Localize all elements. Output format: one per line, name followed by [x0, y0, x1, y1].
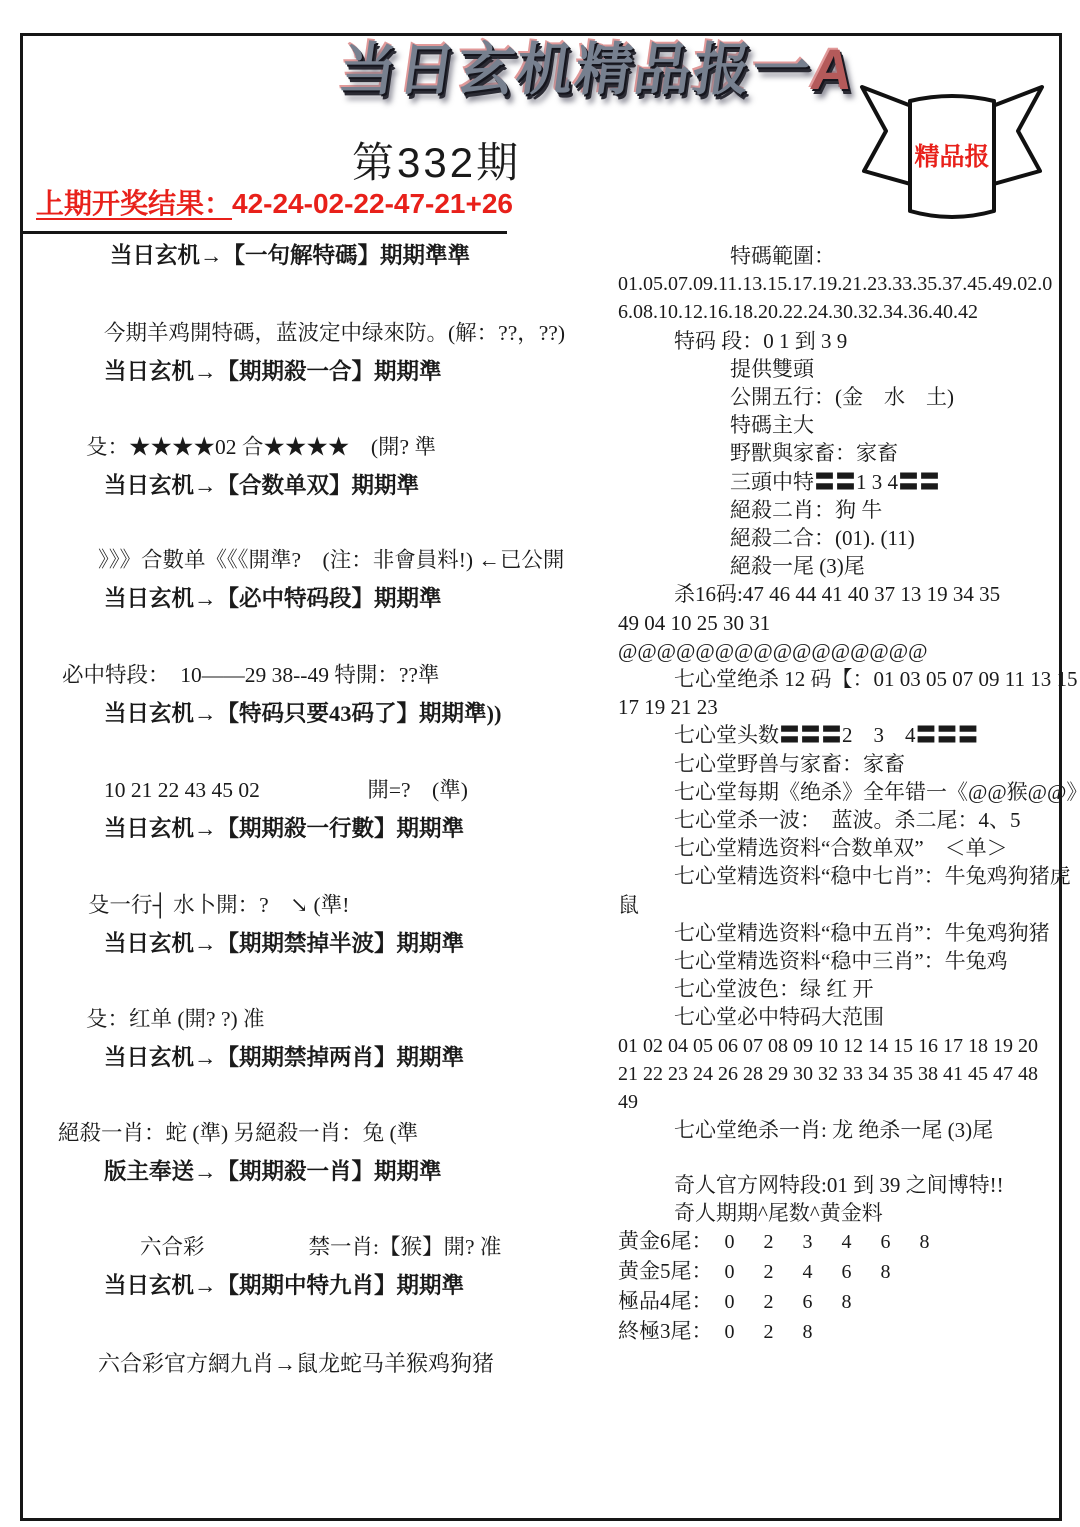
info-line: 01 02 04 05 06 07 08 09 10 12 14 15 16 1… [618, 1032, 1064, 1060]
tail-label: 極品4尾： [618, 1289, 713, 1313]
slogan-line: 当日玄机→【一句解特碼】期期準準 [52, 238, 572, 270]
info-line: 公開五行：(金 水 土) [618, 383, 1064, 411]
info-line: 6.08.10.12.16.18.20.22.24.30.32.34.36.40… [618, 298, 1064, 326]
slogan-line: 当日玄机→【合数单双】期期準 [52, 468, 572, 500]
tail-label: 黄金6尾： [618, 1229, 713, 1253]
slogan-line: 当日玄机→【特码只要43码了】期期準)) [52, 696, 572, 728]
info-line: 七心堂每期《绝杀》全年错一《@@猴@@》 [618, 778, 1064, 806]
left-section: 殳：★★★★02 合★★★★ (開? 準当日玄机→【合数单双】期期準 [52, 430, 572, 500]
left-section: 必中特段： 10——29 38--49 特開：??準当日玄机→【特码只要43码了… [52, 658, 572, 728]
header-divider [20, 231, 507, 234]
slogan-line: 版主奉送→【期期殺一肖】期期準 [52, 1154, 572, 1186]
tail-label: 黄金5尾： [618, 1259, 713, 1283]
info-line: 奇人期期^尾数^黄金料 [618, 1199, 1064, 1227]
tip-line: 殳一行┤ 水卜開：? ↘ (準! [52, 888, 572, 919]
tip-line: 10 21 22 43 45 02 開=? (準) [52, 773, 572, 804]
tip-line: 殳：红单 (開? ?) 准 [52, 1002, 572, 1033]
tip-line: 絕殺一肖：蛇 (準) 另絕殺一肖：兔 (準 [52, 1116, 572, 1147]
info-line: 七心堂野兽与家畜：家畜 [618, 750, 1064, 778]
info-line: 17 19 21 23 [618, 693, 1064, 721]
previous-result-numbers: 42-24-02-22-47-21+26 [232, 188, 513, 219]
tip-line: 必中特段： 10——29 38--49 特開：??準 [52, 658, 572, 689]
info-line: 七心堂头数〓〓〓2 3 4〓〓〓 [618, 721, 1064, 749]
left-section: 六合彩官方網九肖→鼠龙蛇马羊猴鸡狗猪 [52, 1347, 572, 1378]
tip-line: 六合彩官方網九肖→鼠龙蛇马羊猴鸡狗猪 [52, 1347, 572, 1378]
tip-part: 禁一肖:【猴】開? 准 [309, 1235, 502, 1259]
tip-line: 殳：★★★★02 合★★★★ (開? 準 [52, 430, 572, 461]
right-column: 特碼範圍：01.05.07.09.11.13.15.17.19.21.23.33… [618, 242, 1064, 1347]
previous-result-line: 上期开奖结果：42-24-02-22-47-21+26 [36, 182, 513, 222]
tail-row: 終極3尾：0 2 8 [618, 1317, 1064, 1347]
tip-line: 》》》合數单《《《開準? (注：非會員料!) ←已公開 [52, 543, 572, 574]
tail-digits: 0 2 4 6 8 [725, 1261, 891, 1283]
left-section: 殳：红单 (開? ?) 准当日玄机→【期期禁掉两肖】期期準 [52, 1002, 572, 1072]
info-line: 49 04 10 25 30 31 [618, 609, 1064, 637]
previous-result-label: 上期开奖结果： [36, 188, 232, 219]
info-line: 七心堂绝杀一肖: 龙 绝杀一尾 (3)尾 [618, 1116, 1064, 1144]
info-line: 七心堂绝杀 12 码【：01 03 05 07 09 11 13 15 [618, 665, 1064, 693]
slogan-line: 当日玄机→【期期殺一合】期期準 [52, 354, 572, 386]
info-line: 七心堂必中特码大范围 [618, 1003, 1064, 1031]
slogan-line: 当日玄机→【期期中特九肖】期期準 [52, 1268, 572, 1300]
info-line: 01.05.07.09.11.13.15.17.19.21.23.33.35.3… [618, 270, 1064, 298]
newspaper-page: 当日玄机精品报一A 精品报 第332期 上期开奖结果：42-24-02-22-4… [0, 0, 1080, 1527]
info-line: 七心堂杀一波： 蓝波。杀二尾：4、5 [618, 806, 1064, 834]
info-line: 奇人官方网特段:01 到 39 之间博特!! [618, 1171, 1064, 1199]
info-line: 七心堂精选资料“稳中三肖”：牛兔鸡 [618, 947, 1064, 975]
info-line: 21 22 23 24 26 28 29 30 32 33 34 35 38 4… [618, 1060, 1064, 1088]
info-line: 杀16码:47 46 44 41 40 37 13 19 34 35 [618, 580, 1064, 608]
masthead-title-main: 当日玄机精品报一 [335, 38, 816, 102]
info-line: 提供雙頭 [618, 355, 1064, 383]
info-line: 鼠 [618, 891, 1064, 919]
slogan-line: 当日玄机→【必中特码段】期期準 [52, 581, 572, 613]
tip-line: 六合彩禁一肖:【猴】開? 准 [52, 1230, 572, 1261]
slogan-line: 当日玄机→【期期禁掉两肖】期期準 [52, 1040, 572, 1072]
info-line: 絕殺二合：(01). (11) [618, 524, 1064, 552]
ribbon-badge-label: 精品报 [914, 142, 989, 171]
info-line: @@@@@@@@@@@@@@@@ [618, 637, 1064, 665]
info-line: 野獸與家畜：家畜 [618, 439, 1064, 467]
tail-digits: 0 2 3 4 6 8 [725, 1231, 930, 1253]
slogan-line: 当日玄机→【期期禁掉半波】期期準 [52, 926, 572, 958]
tail-label: 終極3尾： [618, 1319, 713, 1343]
info-line: 特码 段：0 1 到 3 9 [618, 327, 1064, 355]
info-line: 特碼範圍： [618, 242, 1064, 270]
info-line: 七心堂精选资料“稳中五肖”：牛兔鸡狗猪 [618, 919, 1064, 947]
left-section: 当日玄机→【一句解特碼】期期準準 [52, 238, 572, 270]
slogan-line: 当日玄机→【期期殺一行數】期期準 [52, 811, 572, 843]
left-section: 殳一行┤ 水卜開：? ↘ (準!当日玄机→【期期禁掉半波】期期準 [52, 888, 572, 958]
info-line: 七心堂波色：绿 红 开 [618, 975, 1064, 1003]
info-line: 特碼主大 [618, 411, 1064, 439]
info-line: 49 [618, 1088, 1064, 1116]
ribbon-badge-icon: 精品报 [852, 76, 1052, 228]
info-line: 三頭中特〓〓1 3 4〓〓 [618, 468, 1064, 496]
tail-digits: 0 2 6 8 [725, 1291, 852, 1313]
left-section: 絕殺一肖：蛇 (準) 另絕殺一肖：兔 (準版主奉送→【期期殺一肖】期期準 [52, 1116, 572, 1186]
info-line: 絕殺二肖：狗 牛 [618, 496, 1064, 524]
info-line: 七心堂精选资料“合数单双” ＜单＞ [618, 834, 1064, 862]
tail-digits: 0 2 8 [725, 1321, 813, 1343]
tip-part: 六合彩 [140, 1235, 205, 1259]
issue-number: 第332期 [352, 130, 521, 190]
tail-row: 極品4尾：0 2 6 8 [618, 1287, 1064, 1317]
tip-line: 今期羊鸡開特碼，蓝波定中绿來防。(解：??，??) [52, 316, 572, 347]
left-section: 》》》合數单《《《開準? (注：非會員料!) ←已公開当日玄机→【必中特码段】期… [52, 543, 572, 613]
left-section: 10 21 22 43 45 02 開=? (準)当日玄机→【期期殺一行數】期期… [52, 773, 572, 843]
info-line: 七心堂精选资料“稳中七肖”：牛兔鸡狗猪虎 [618, 862, 1064, 890]
left-section: 今期羊鸡開特碼，蓝波定中绿來防。(解：??，??)当日玄机→【期期殺一合】期期準 [52, 316, 572, 386]
left-section: 六合彩禁一肖:【猴】開? 准当日玄机→【期期中特九肖】期期準 [52, 1230, 572, 1300]
tail-row: 黄金5尾：0 2 4 6 8 [618, 1257, 1064, 1287]
masthead-title: 当日玄机精品报一A [334, 24, 861, 106]
tail-row: 黄金6尾：0 2 3 4 6 8 [618, 1227, 1064, 1257]
info-line: 絕殺一尾 (3)尾 [618, 552, 1064, 580]
